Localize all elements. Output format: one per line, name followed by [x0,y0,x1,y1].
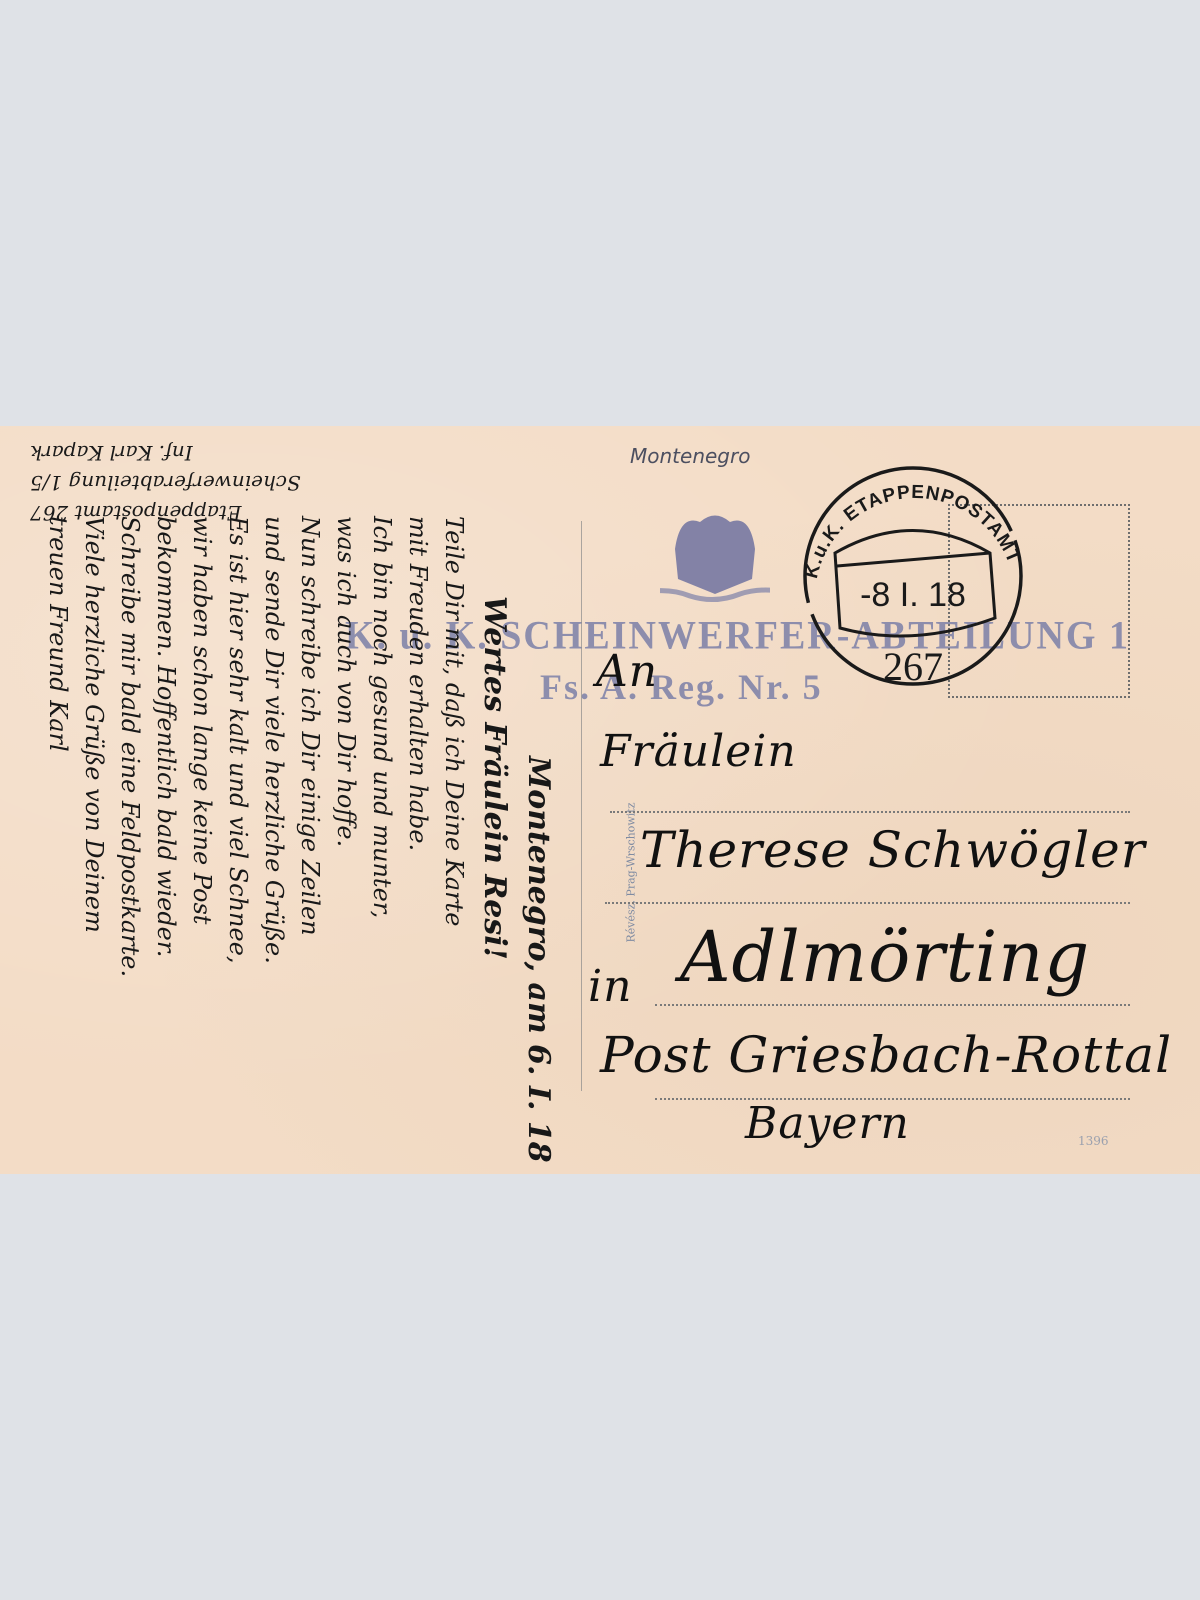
crest-icon [660,504,770,604]
message-line: Viele herzliche Grüße von Deinem [76,516,112,1174]
message-line: bekommen. Hoffentlich bald wieder. [148,516,184,1174]
message-dateline: Montenegro, am 6. I. 18 [516,516,560,1174]
address-post: Post Griesbach-Rottal [600,1026,1172,1084]
address-line [655,1004,1130,1006]
message-line: Ich bin noch gesund und munter, [364,516,400,1174]
message-line: was ich auch von Dir hoffe. [328,516,364,1174]
svg-text:267: 267 [883,644,943,689]
sender-line: Scheinwerferabteilung 1/5 [30,468,430,498]
card-number: 1396 [1078,1134,1109,1148]
pencil-note: Montenegro [630,444,750,468]
sender-line: Inf. Karl Kapark [30,438,430,468]
sender-line: Etappenpostamt 267 [30,498,430,528]
message-line: mit Freuden erhalten habe. [400,516,436,1174]
address-salutation: An [596,646,658,697]
printer-imprint: Révész, Prag-Wrschowitz [625,773,638,973]
message-line: und sende Dir viele herzliche Grüße. [256,516,292,1174]
message-greeting: Wertes Fräulein Resi! [472,516,516,1174]
address-line [610,811,1130,813]
card-divider [581,521,582,1091]
address-line [605,902,1130,904]
address-town: Adlmörting [680,916,1090,998]
postcard: Montenegro K. u. K. SCHEINWERFER-ABTEILU… [0,426,1200,1174]
address-region: Bayern [745,1098,910,1149]
message-line: wir haben schon lange keine Post [184,516,220,1174]
address-prefix: in [588,961,632,1012]
address-name: Therese Schwögler [640,821,1146,879]
message-line: Es ist hier sehr kalt und viel Schnee, [220,516,256,1174]
message-area: Montenegro, am 6. I. 18 Wertes Fräulein … [0,426,580,1174]
message-line: Schreibe mir bald eine Feldpostkarte. [112,516,148,1174]
postmark: K.u.K. ETAPPENPOSTAMT -8 I. 18 267 [785,448,1045,708]
message-line: Nun schreibe ich Dir einige Zeilen [292,516,328,1174]
message-body: Montenegro, am 6. I. 18 Wertes Fräulein … [40,516,560,1174]
unit-cachet-line2: Fs. A. Reg. Nr. 5 [540,666,823,708]
svg-text:-8 I. 18: -8 I. 18 [860,576,966,614]
message-line: Teile Dir mit, daß ich Deine Karte [436,516,472,1174]
address-title: Fräulein [600,726,797,777]
sender-address: Etappenpostamt 267 Scheinwerferabteilung… [30,438,430,528]
message-line: treuen Freund Karl [40,516,76,1174]
